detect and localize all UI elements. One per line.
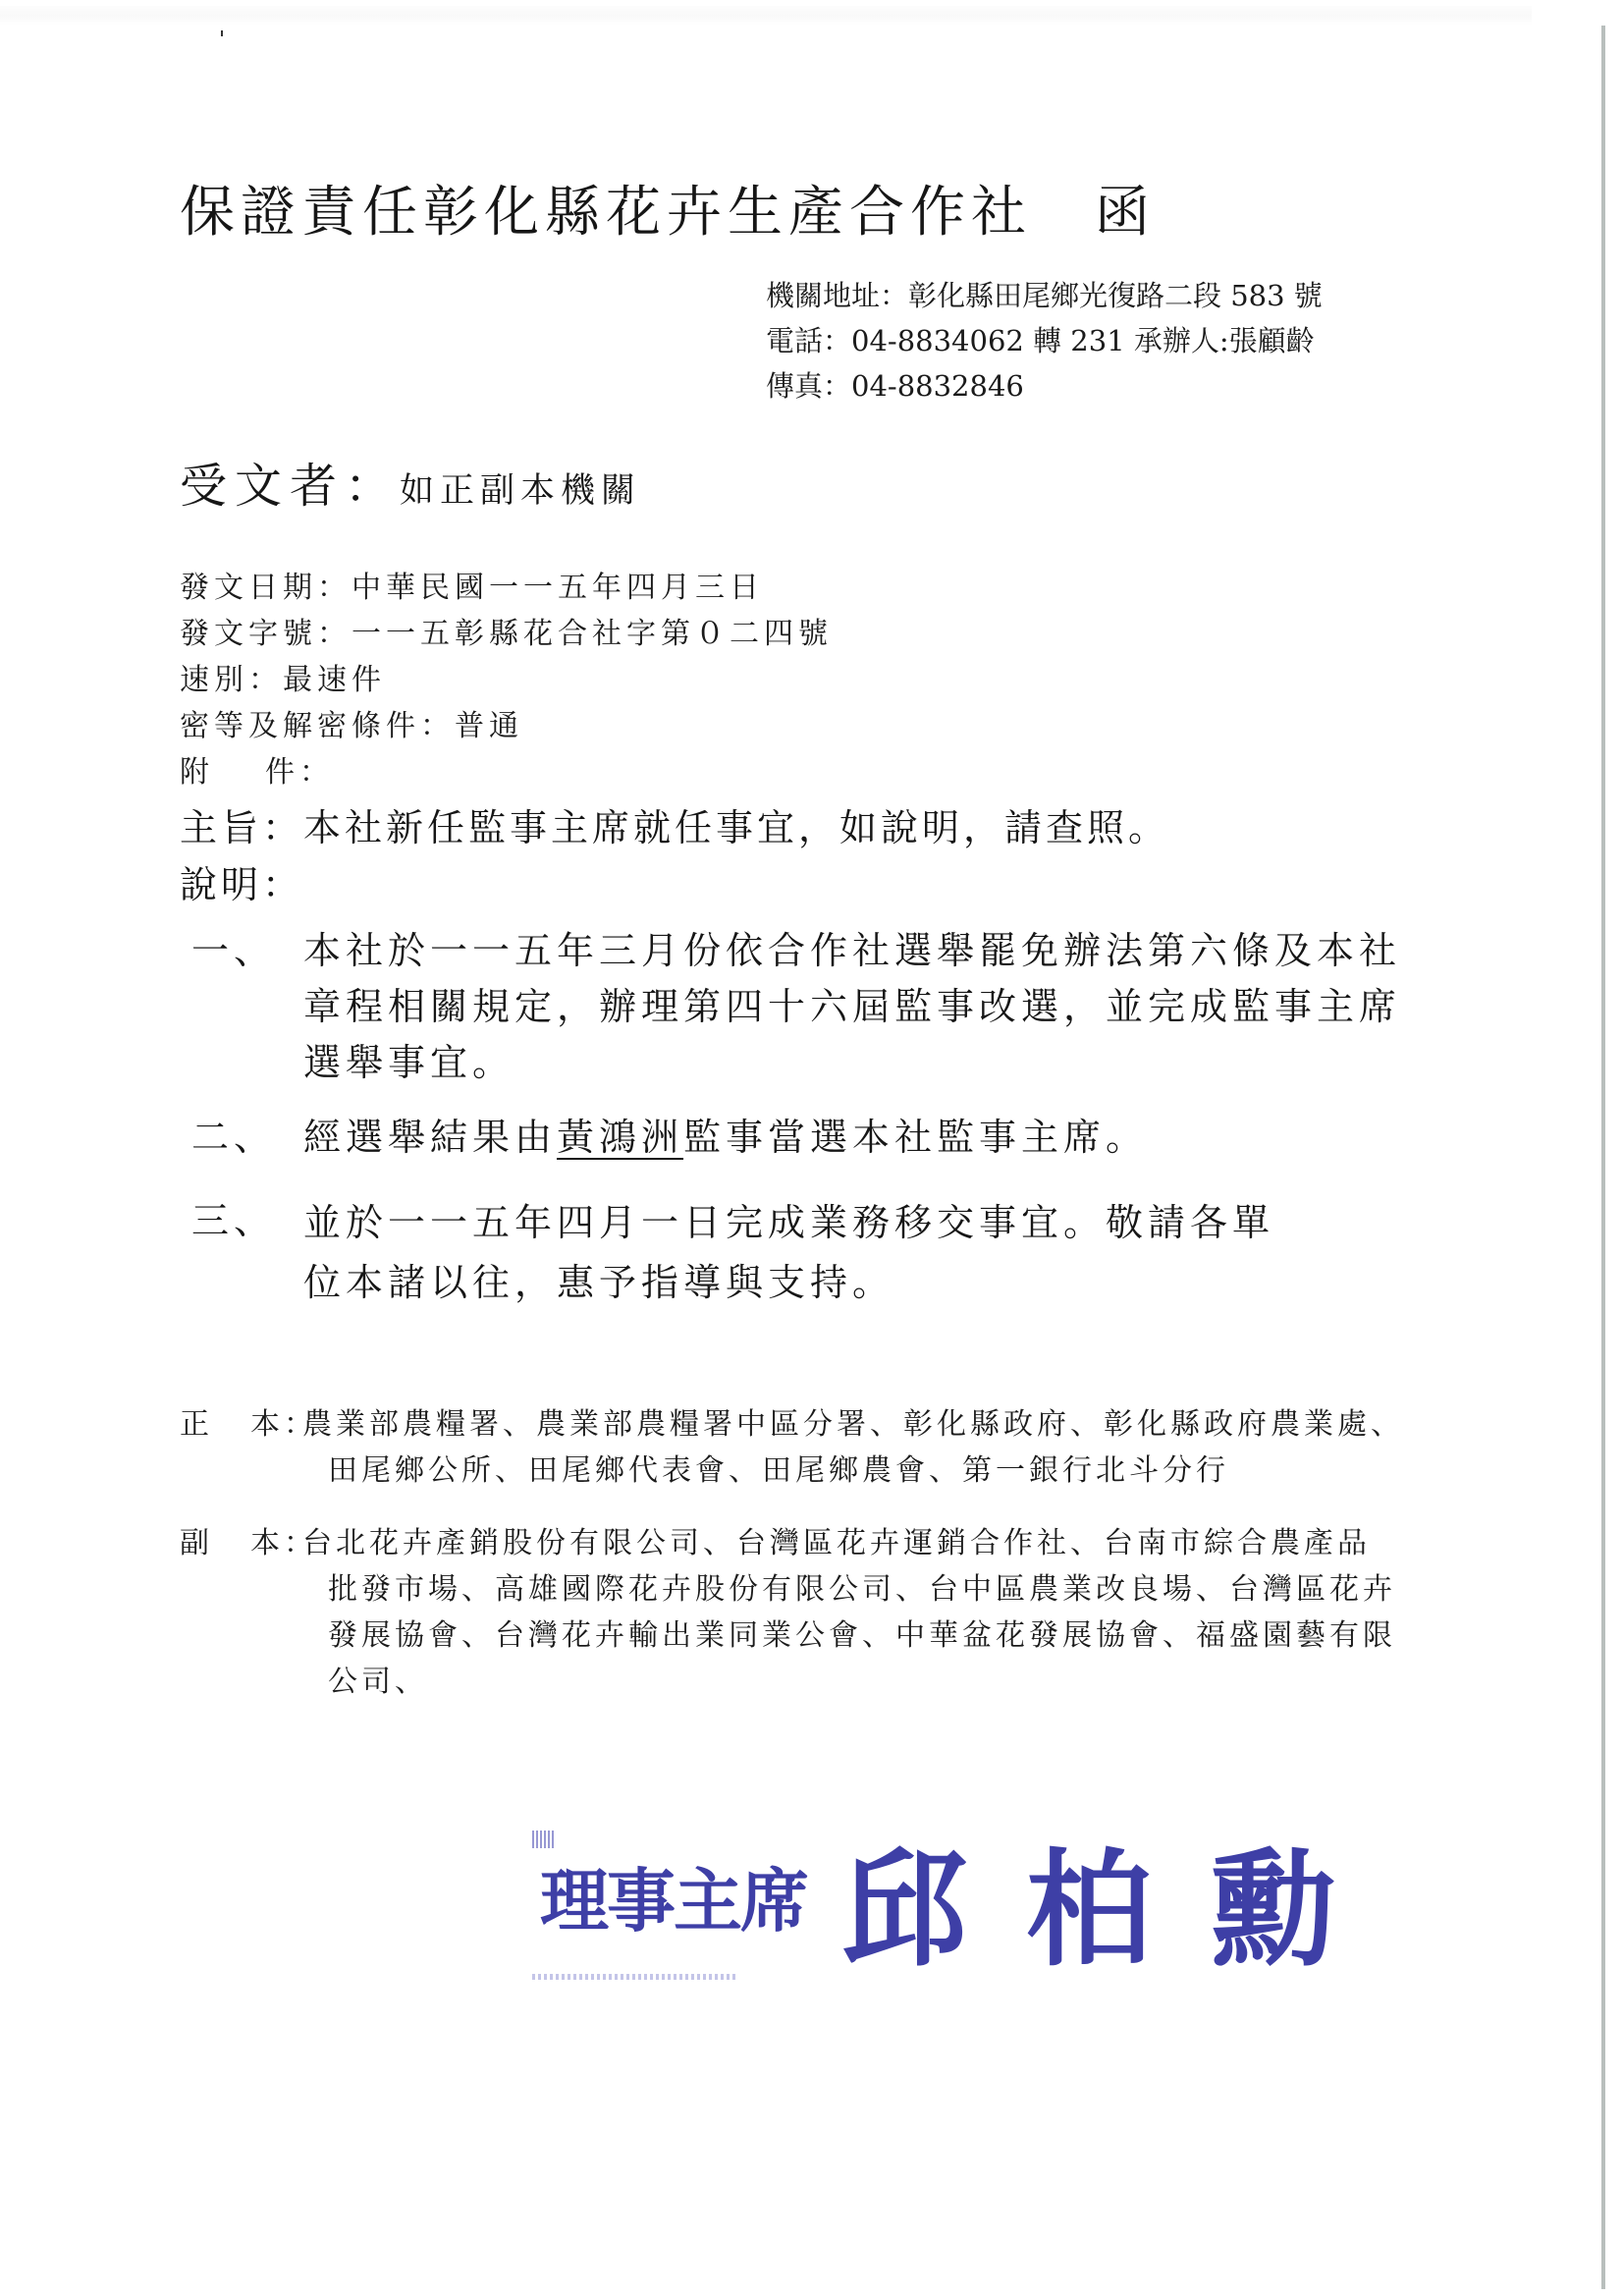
item-line: 選舉事宜。 bbox=[303, 1035, 1580, 1091]
item-line: 經選舉結果由黃鴻洲監事當選本社監事主席。 bbox=[303, 1110, 1580, 1166]
distribution-copy-list: 台北花卉產銷股份有限公司、台灣區花卉運銷合作社、台南市綜合農產品 批發市場、高雄… bbox=[302, 1520, 1623, 1705]
distribution-line: 批發市場、高雄國際花卉股份有限公司、台中區農業改良場、台灣區花卉 bbox=[302, 1566, 1623, 1613]
document-page: 保證責任彰化縣花卉生產合作社函 機關地址：彰化縣田尾鄉光復路二段 583 號 電… bbox=[0, 0, 1623, 2296]
item-number: 三、 bbox=[191, 1193, 276, 1249]
stamp-ink-residue bbox=[532, 1974, 738, 1980]
item-line: 並於一一五年四月一日完成業務移交事宜。敬請各單 bbox=[303, 1193, 1580, 1253]
scan-edge-top bbox=[0, 6, 1532, 26]
phone-and-handler: 電話：04-8834062 轉 231 承辦人:張顧齡 bbox=[766, 318, 1323, 363]
signature-stamp: 理事主席 邱柏勳 bbox=[525, 1809, 1419, 1986]
classification: 密等及解密條件：普通 bbox=[180, 703, 833, 749]
document-meta: 發文日期：中華民國一一五年四月三日 發文字號：一一五彰縣花合社字第０二四號 速別… bbox=[180, 565, 833, 795]
chairman-title: 理事主席 bbox=[540, 1846, 807, 1945]
organization-name: 保證責任彰化縣花卉生產合作社 bbox=[180, 181, 1032, 245]
label-part: 副 bbox=[180, 1526, 213, 1560]
subject-line: 主旨：本社新任監事主席就任事宜，如說明，請查照。 bbox=[180, 797, 1169, 851]
attachment-label-2: 件： bbox=[265, 755, 334, 790]
item-line: 章程相關規定，辦理第四十六屆監事改選，並完成監事主席 bbox=[303, 979, 1580, 1035]
scan-edge-right bbox=[1601, 26, 1605, 2289]
recipient-line: 受文者：如正副本機關 bbox=[180, 448, 641, 516]
issue-date: 發文日期：中華民國一一五年四月三日 bbox=[180, 565, 833, 611]
document-type: 函 bbox=[1095, 181, 1156, 245]
recipient-value: 如正副本機關 bbox=[400, 471, 641, 511]
delivery-speed: 速別：最速件 bbox=[180, 657, 833, 703]
attachment-row: 附件： bbox=[180, 749, 833, 795]
contact-info: 機關地址：彰化縣田尾鄉光復路二段 583 號 電話：04-8834062 轉 2… bbox=[766, 273, 1323, 409]
recipient-colon: ： bbox=[345, 459, 392, 514]
attachment-label-1: 附 bbox=[180, 755, 214, 790]
item-number: 二、 bbox=[191, 1110, 276, 1166]
scan-speck bbox=[221, 30, 223, 36]
recipient-label: 受文者 bbox=[180, 459, 345, 514]
item-suffix: 監事當選本社監事主席。 bbox=[683, 1116, 1148, 1159]
distribution-line: 發展協會、台灣花卉輸出業同業公會、中華盆花發展協會、福盛園藝有限 bbox=[302, 1613, 1623, 1659]
item-prefix: 經選舉結果由 bbox=[303, 1116, 557, 1159]
item-line: 位本諸以往，惠予指導與支持。 bbox=[303, 1253, 1580, 1313]
distribution-line: 田尾鄉公所、田尾鄉代表會、田尾鄉農會、第一銀行北斗分行 bbox=[302, 1448, 1623, 1494]
distribution-line: 公司、 bbox=[302, 1659, 1623, 1705]
item-body: 並於一一五年四月一日完成業務移交事宜。敬請各單 位本諸以往，惠予指導與支持。 bbox=[303, 1193, 1580, 1313]
label-part: 正 bbox=[180, 1407, 213, 1442]
distribution-line: 農業部農糧署、農業部農糧署中區分署、彰化縣政府、彰化縣政府農業處、 bbox=[302, 1401, 1623, 1448]
distribution-line: 台北花卉產銷股份有限公司、台灣區花卉運銷合作社、台南市綜合農產品 bbox=[302, 1520, 1623, 1566]
document-number: 發文字號：一一五彰縣花合社字第０二四號 bbox=[180, 611, 833, 657]
item-body: 經選舉結果由黃鴻洲監事當選本社監事主席。 bbox=[303, 1110, 1580, 1166]
agency-address: 機關地址：彰化縣田尾鄉光復路二段 583 號 bbox=[766, 273, 1323, 318]
item-body: 本社於一一五年三月份依合作社選舉罷免辦法第六條及本社 章程相關規定，辦理第四十六… bbox=[303, 923, 1580, 1091]
letterhead-title: 保證責任彰化縣花卉生產合作社函 bbox=[180, 169, 1156, 247]
distribution-main-label: 正本： bbox=[180, 1401, 317, 1448]
distribution-main-list: 農業部農糧署、農業部農糧署中區分署、彰化縣政府、彰化縣政府農業處、 田尾鄉公所、… bbox=[302, 1401, 1623, 1494]
item-number: 一、 bbox=[191, 923, 276, 979]
chairman-name: 邱柏勳 bbox=[841, 1809, 1395, 1990]
item-line: 本社於一一五年三月份依合作社選舉罷免辦法第六條及本社 bbox=[303, 923, 1580, 979]
explanation-heading: 說明： bbox=[180, 854, 303, 908]
elected-name: 黃鴻洲 bbox=[557, 1116, 683, 1159]
fax-number: 傳真：04-8832846 bbox=[766, 363, 1323, 409]
distribution-copy-label: 副本： bbox=[180, 1520, 317, 1566]
